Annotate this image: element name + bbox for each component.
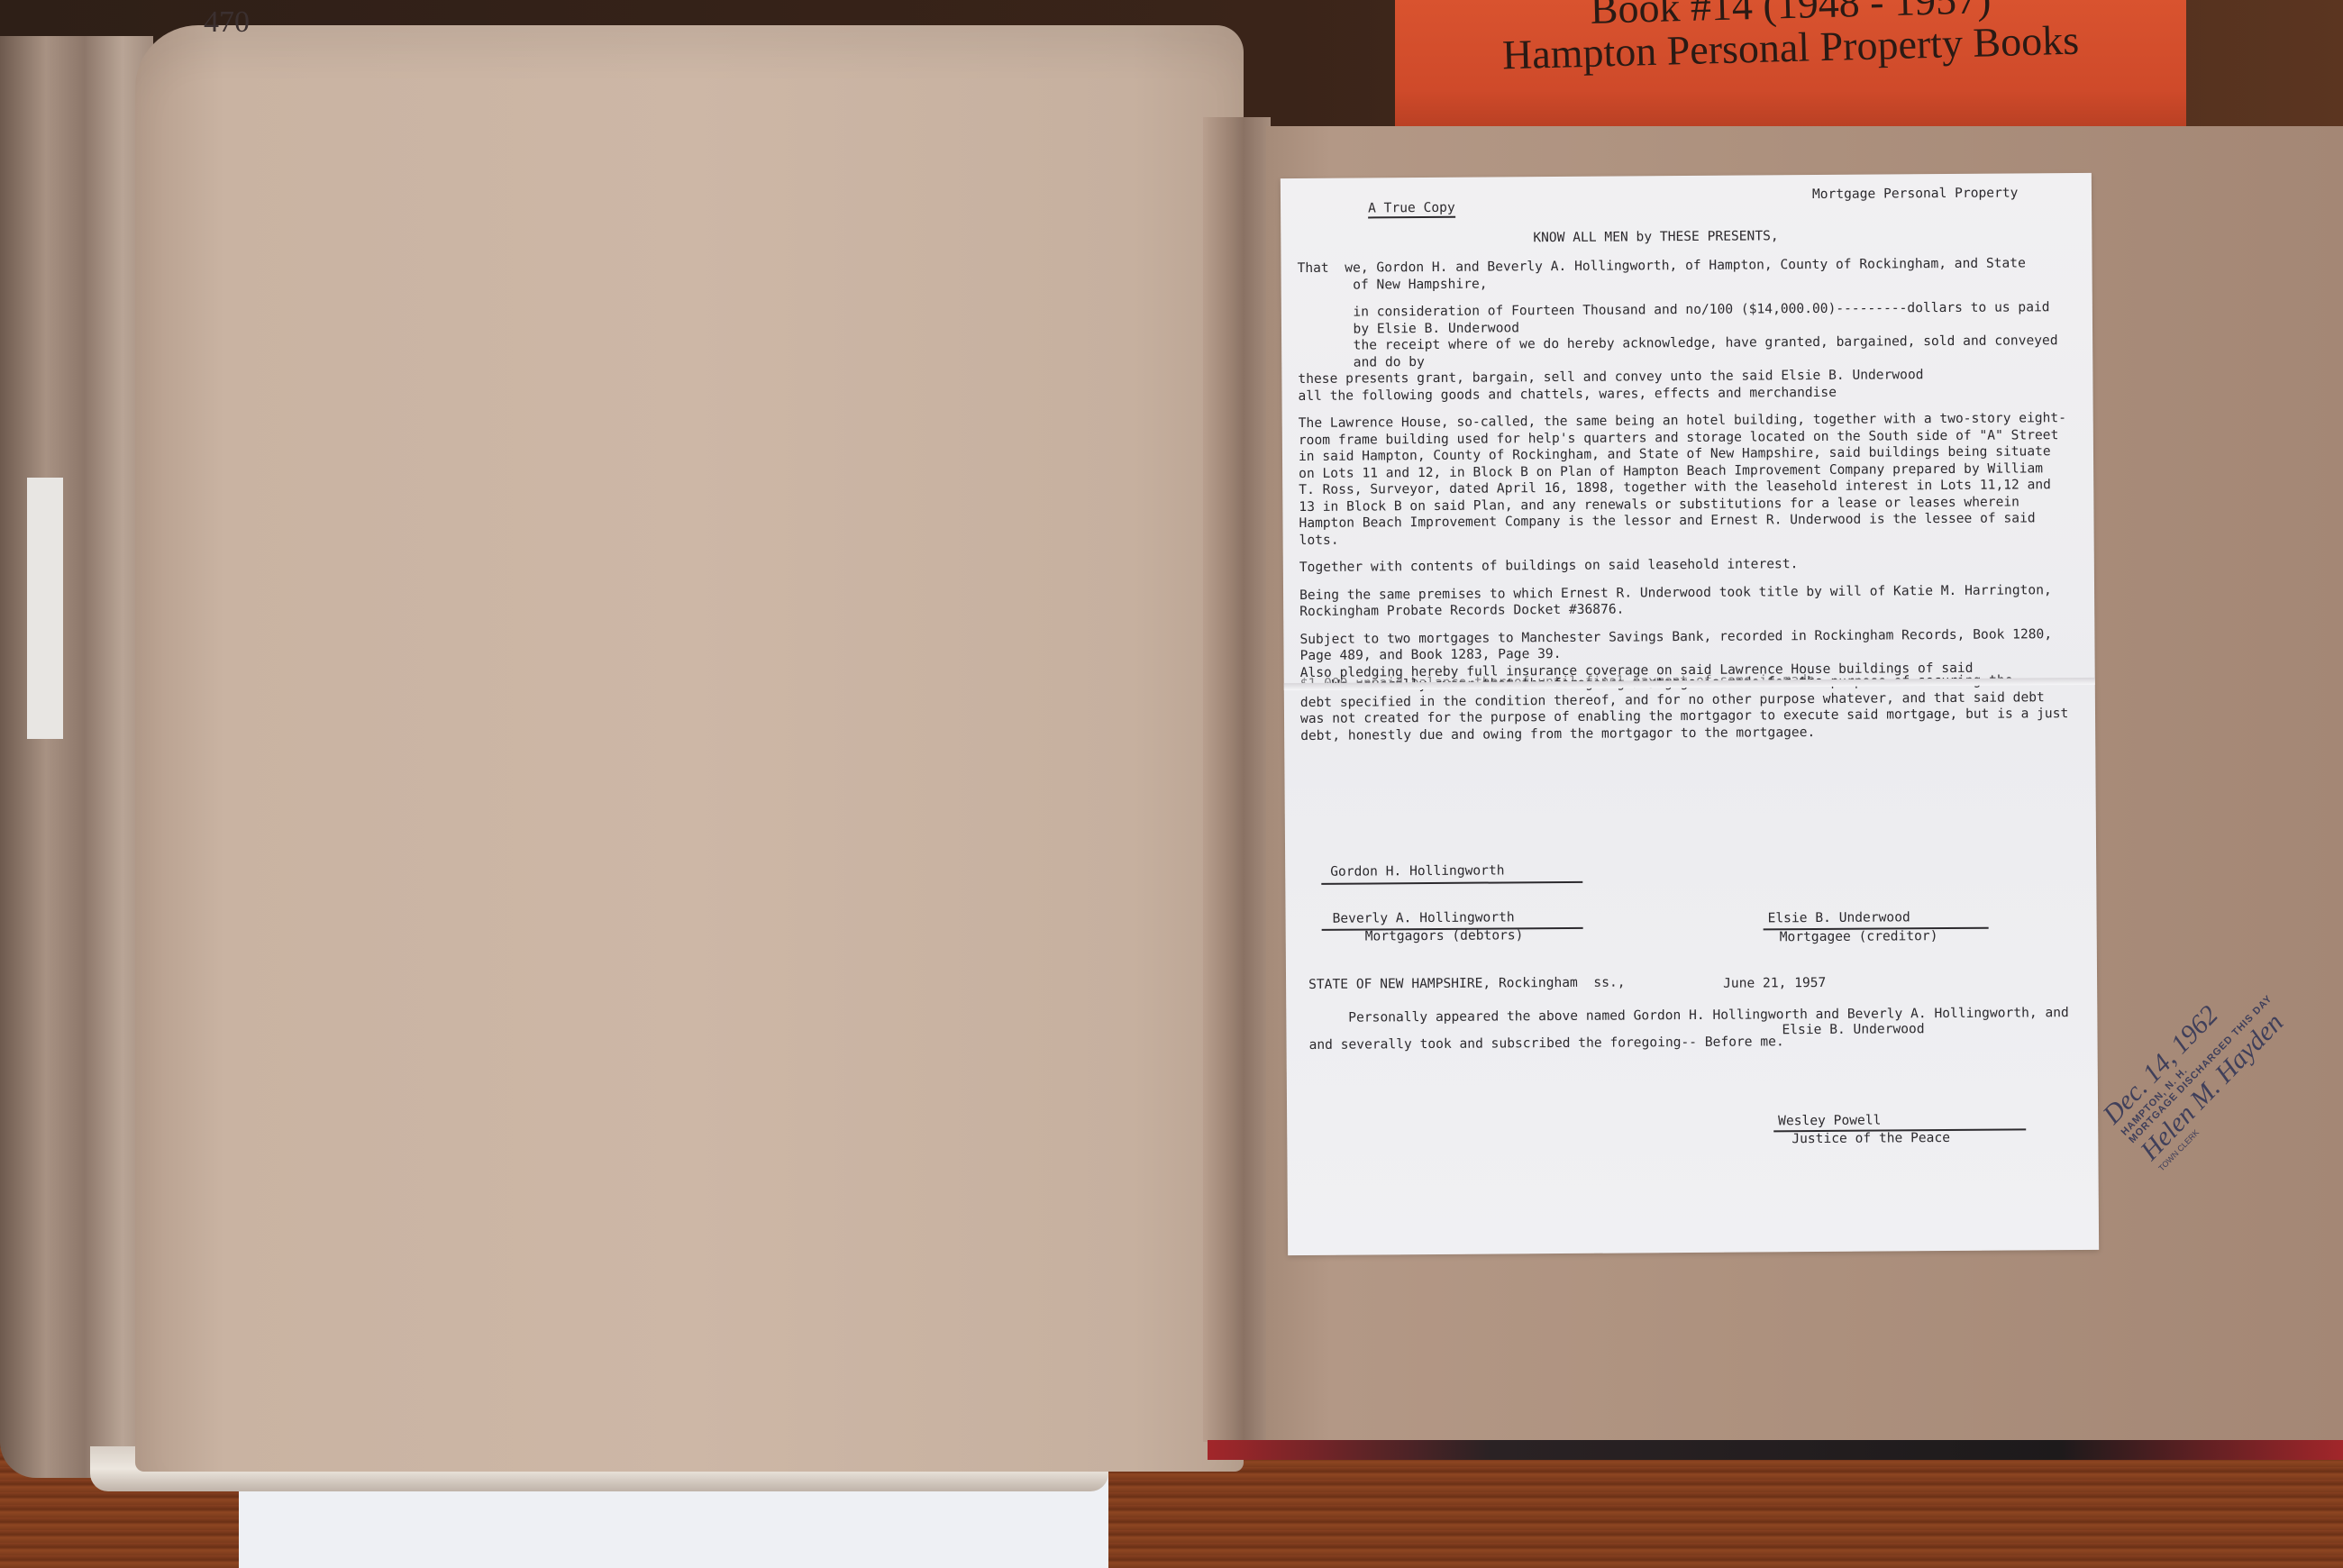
document-line: Together with contents of buildings on s…: [1299, 555, 1799, 576]
mortgagee-role: Mortgagee (creditor): [1780, 927, 1938, 945]
document-line: debt, honestly due and owing from the mo…: [1300, 724, 1815, 744]
signature-beverly: Beverly A. Hollingworth: [1333, 908, 1515, 926]
acknowledgment-line1: Personally appeared the above named Gord…: [1308, 1004, 2069, 1026]
document-line: That we, Gordon H. and Beverly A. Hollin…: [1297, 254, 2025, 277]
mortgage-document: A True Copy Mortgage Personal Property K…: [1281, 173, 2099, 1255]
document-line: of New Hampshire,: [1298, 275, 1488, 293]
book-gutter: [1203, 117, 1271, 1442]
discharge-stamp: Dec. 14, 1962 HAMPTON, N. H. MORTGAGE DI…: [2122, 865, 2338, 1135]
document-heading: KNOW ALL MEN by THESE PRESENTS,: [1533, 227, 1779, 246]
document-type: Mortgage Personal Property: [1812, 184, 2019, 203]
acknowledgment-date: June 21, 1957: [1723, 974, 1826, 992]
acknowledgment-line2: Elsie B. Underwood: [1782, 1020, 1924, 1038]
acknowledgment-line3: and severally took and subscribed the fo…: [1308, 1033, 1783, 1053]
book-cover-edge: [1208, 1440, 2343, 1460]
justice-title: Justice of the Peace: [1791, 1129, 1950, 1147]
document-line: lots.: [1299, 531, 1339, 548]
left-page-stack: [0, 36, 153, 1478]
document-line: Rockingham Probate Records Docket #36876…: [1299, 601, 1624, 621]
document-line: Subject to two mortgages to Manchester S…: [1299, 625, 2052, 648]
document-line: in consideration of Fourteen Thousand an…: [1298, 298, 2050, 321]
page-number: 470: [204, 5, 250, 40]
document-line: and do by: [1298, 353, 1425, 371]
document-line: Being the same premises to which Ernest …: [1299, 581, 2052, 604]
venue: STATE OF NEW HAMPSHIRE, Rockingham ss.,: [1308, 974, 1626, 993]
stamp-caption-discharged: MORTGAGE DISCHARGED THIS DAY: [2127, 930, 2335, 1145]
justice-name: Wesley Powell: [1778, 1112, 1881, 1130]
left-page-blank: [135, 25, 1244, 1472]
true-copy-label: A True Copy: [1368, 199, 1455, 219]
mortgagors-role: Mortgagors (debtors): [1365, 926, 1524, 944]
document-line: all the following goods and chattels, wa…: [1298, 383, 1837, 404]
signature-elsie: Elsie B. Underwood: [1768, 908, 1910, 926]
signature-line: [1321, 881, 1582, 885]
book-label-sign: Book #14 (1948 - 1957) Hampton Personal …: [1395, 0, 2186, 128]
document-line: by Elsie B. Underwood: [1298, 319, 1519, 338]
inserted-slip: [27, 478, 63, 739]
signature-gordon: Gordon H. Hollingworth: [1330, 861, 1504, 880]
